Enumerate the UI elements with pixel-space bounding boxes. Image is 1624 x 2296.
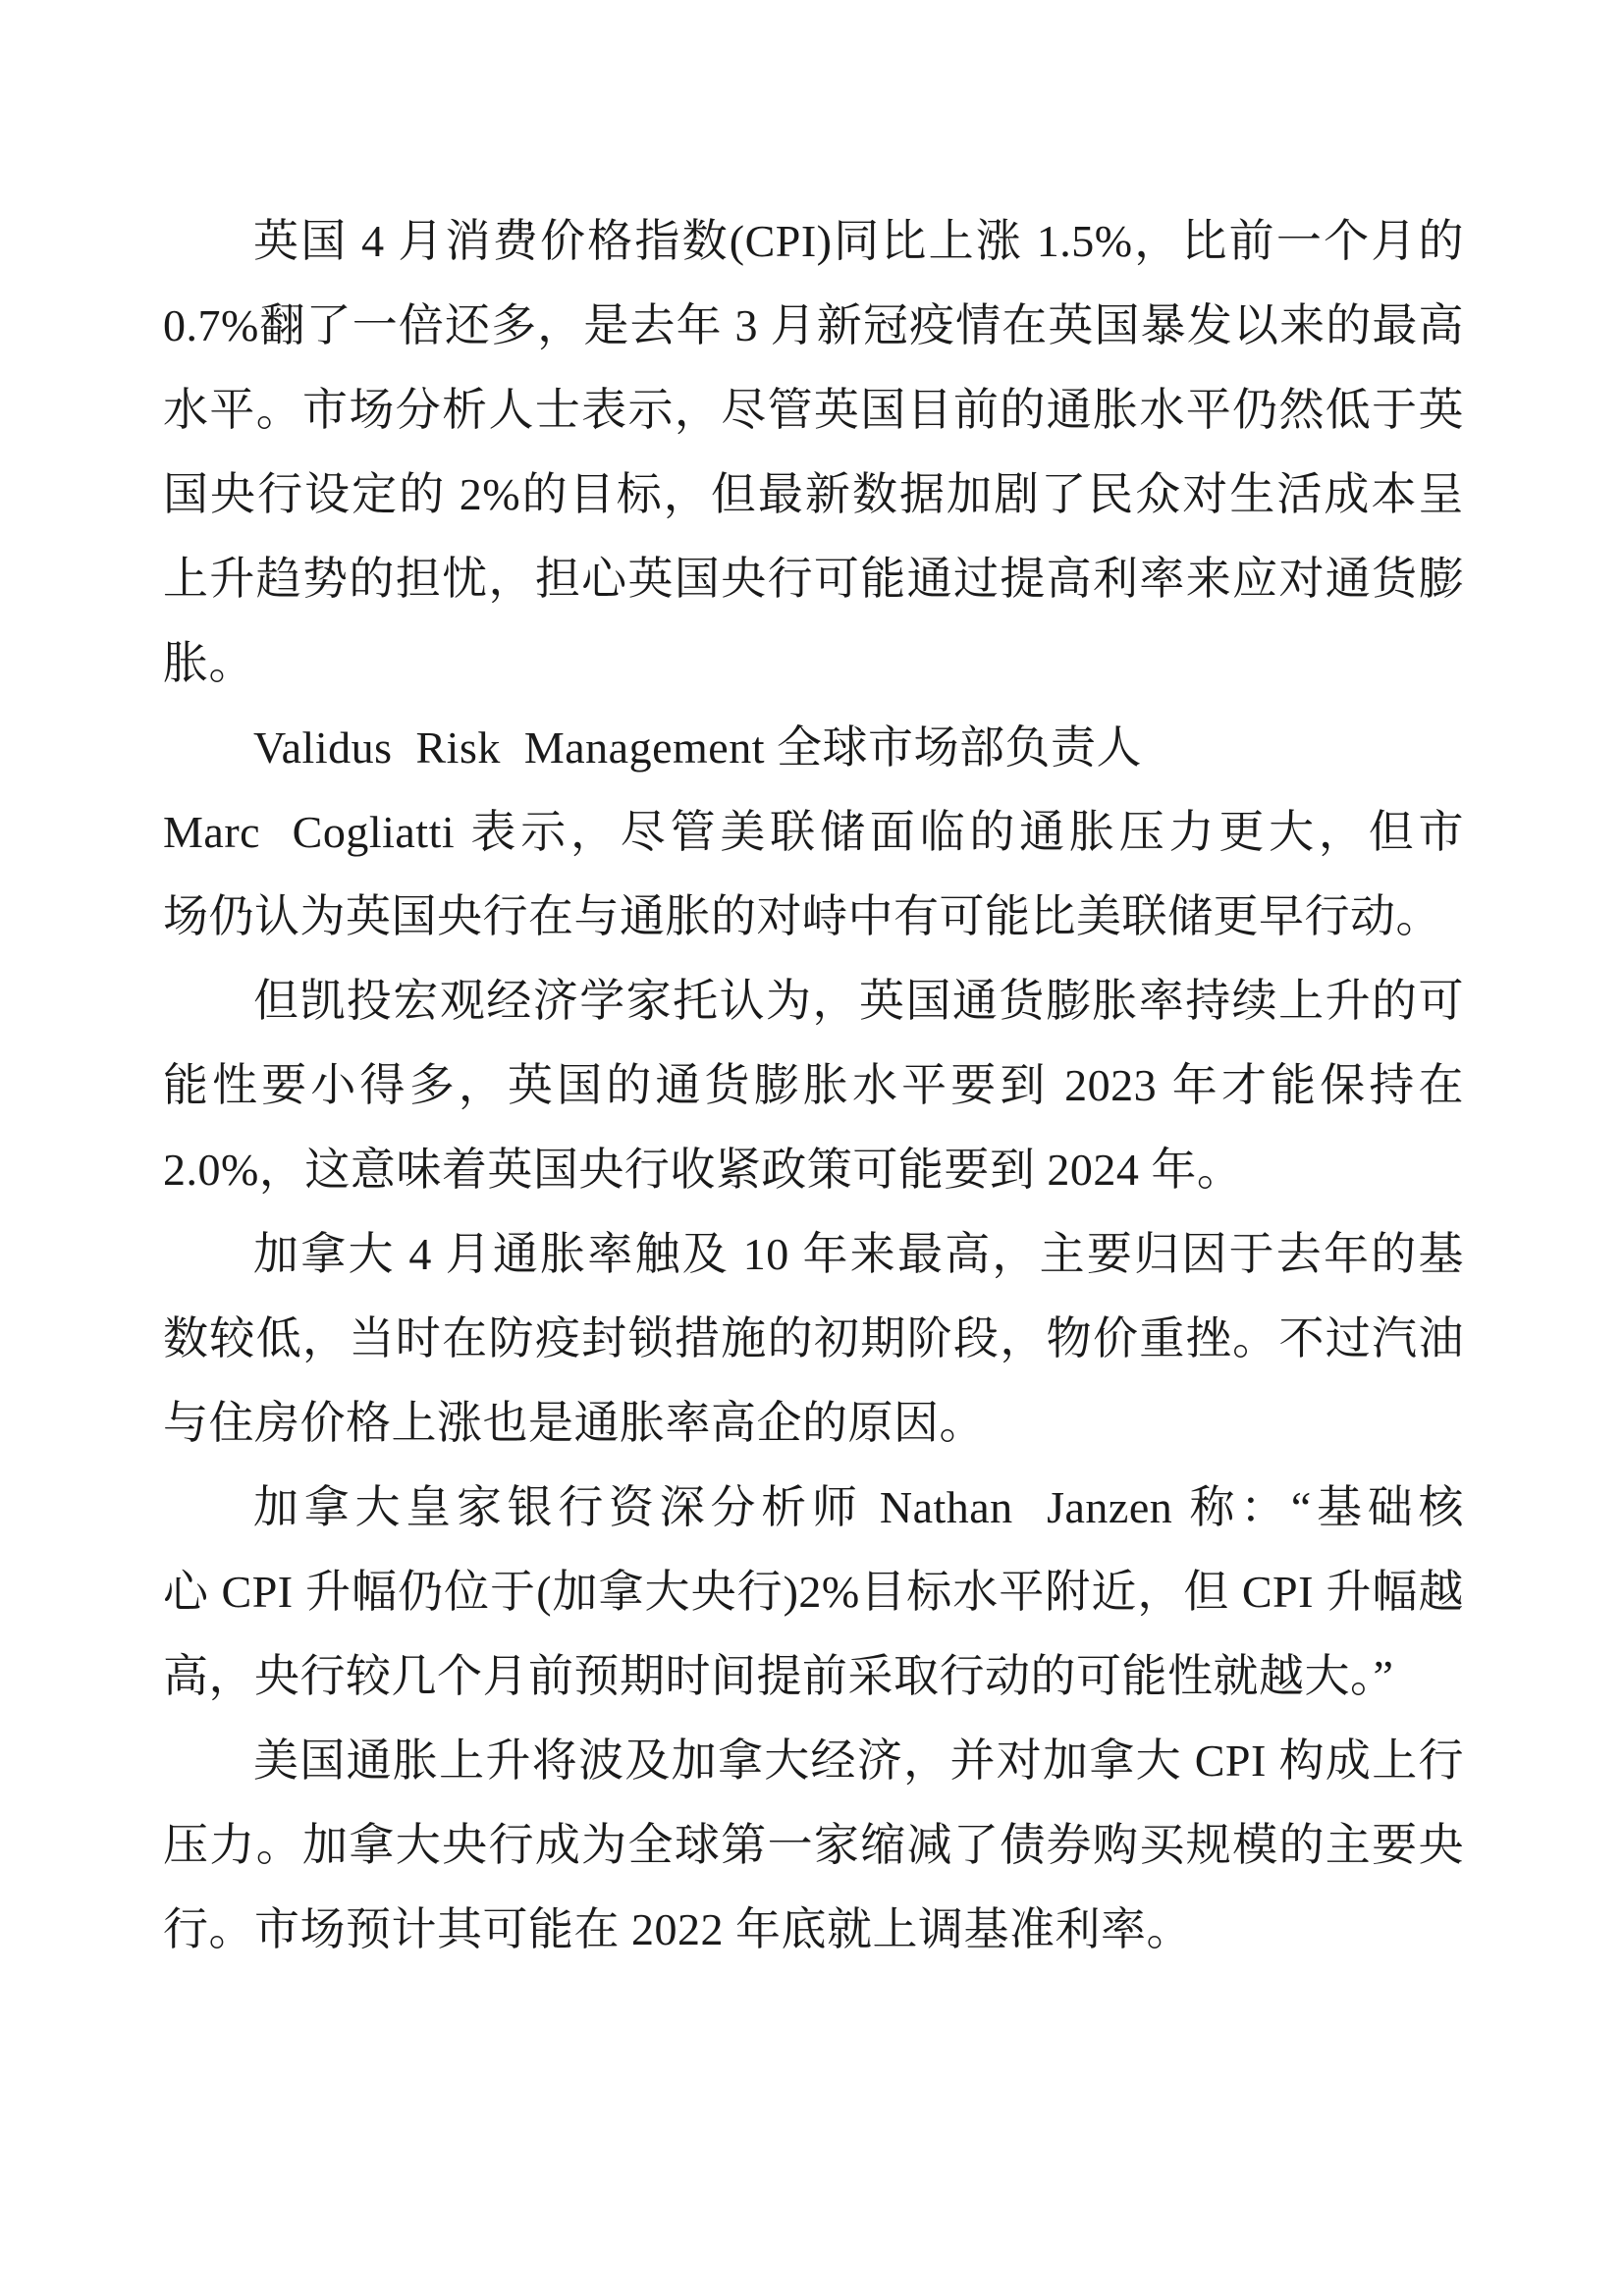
text-line: 高，央行较几个月前预期时间提前采取行动的可能性就越大。” — [163, 1634, 1464, 1719]
text-line: 胀。 — [163, 621, 1464, 706]
text-line: 加拿大皇家银行资深分析师 Nathan Janzen 称：“基础核 — [163, 1466, 1464, 1550]
article-body: 英国 4 月消费价格指数(CPI)同比上涨 1.5%，比前一个月的 0.7%翻了… — [163, 199, 1464, 1972]
text-line: 英国 4 月消费价格指数(CPI)同比上涨 1.5%，比前一个月的 — [163, 199, 1464, 284]
text-line: 美国通胀上升将波及加拿大经济，并对加拿大 CPI 构成上行 — [163, 1719, 1464, 1803]
text-line: 2.0%，这意味着英国央行收紧政策可能要到 2024 年。 — [163, 1128, 1464, 1212]
document-page: 英国 4 月消费价格指数(CPI)同比上涨 1.5%，比前一个月的 0.7%翻了… — [0, 0, 1624, 2296]
text-line: 与住房价格上涨也是通胀率高企的原因。 — [163, 1381, 1464, 1466]
text-line: Validus Risk Management 全球市场部负责人 — [163, 706, 1464, 790]
text-line: 数较低，当时在防疫封锁措施的初期阶段，物价重挫。不过汽油 — [163, 1297, 1464, 1381]
text-line: 心 CPI 升幅仍位于(加拿大央行)2%目标水平附近，但 CPI 升幅越 — [163, 1550, 1464, 1634]
text-line: 加拿大 4 月通胀率触及 10 年来最高，主要归因于去年的基 — [163, 1212, 1464, 1297]
text-line: 压力。加拿大央行成为全球第一家缩减了债券购买规模的主要央 — [163, 1803, 1464, 1888]
text-line: 但凯投宏观经济学家托认为，英国通货膨胀率持续上升的可 — [163, 959, 1464, 1043]
text-line: 上升趋势的担忧，担心英国央行可能通过提高利率来应对通货膨 — [163, 537, 1464, 621]
text-line: Marc Cogliatti 表示，尽管美联储面临的通胀压力更大，但市 — [163, 790, 1464, 875]
text-line: 场仍认为英国央行在与通胀的对峙中有可能比美联储更早行动。 — [163, 875, 1464, 959]
text-line: 国央行设定的 2%的目标，但最新数据加剧了民众对生活成本呈 — [163, 453, 1464, 537]
text-line: 行。市场预计其可能在 2022 年底就上调基准利率。 — [163, 1888, 1464, 1972]
text-line: 0.7%翻了一倍还多，是去年 3 月新冠疫情在英国暴发以来的最高 — [163, 284, 1464, 368]
text-line: 能性要小得多，英国的通货膨胀水平要到 2023 年才能保持在 — [163, 1043, 1464, 1128]
text-line: 水平。市场分析人士表示，尽管英国目前的通胀水平仍然低于英 — [163, 368, 1464, 453]
